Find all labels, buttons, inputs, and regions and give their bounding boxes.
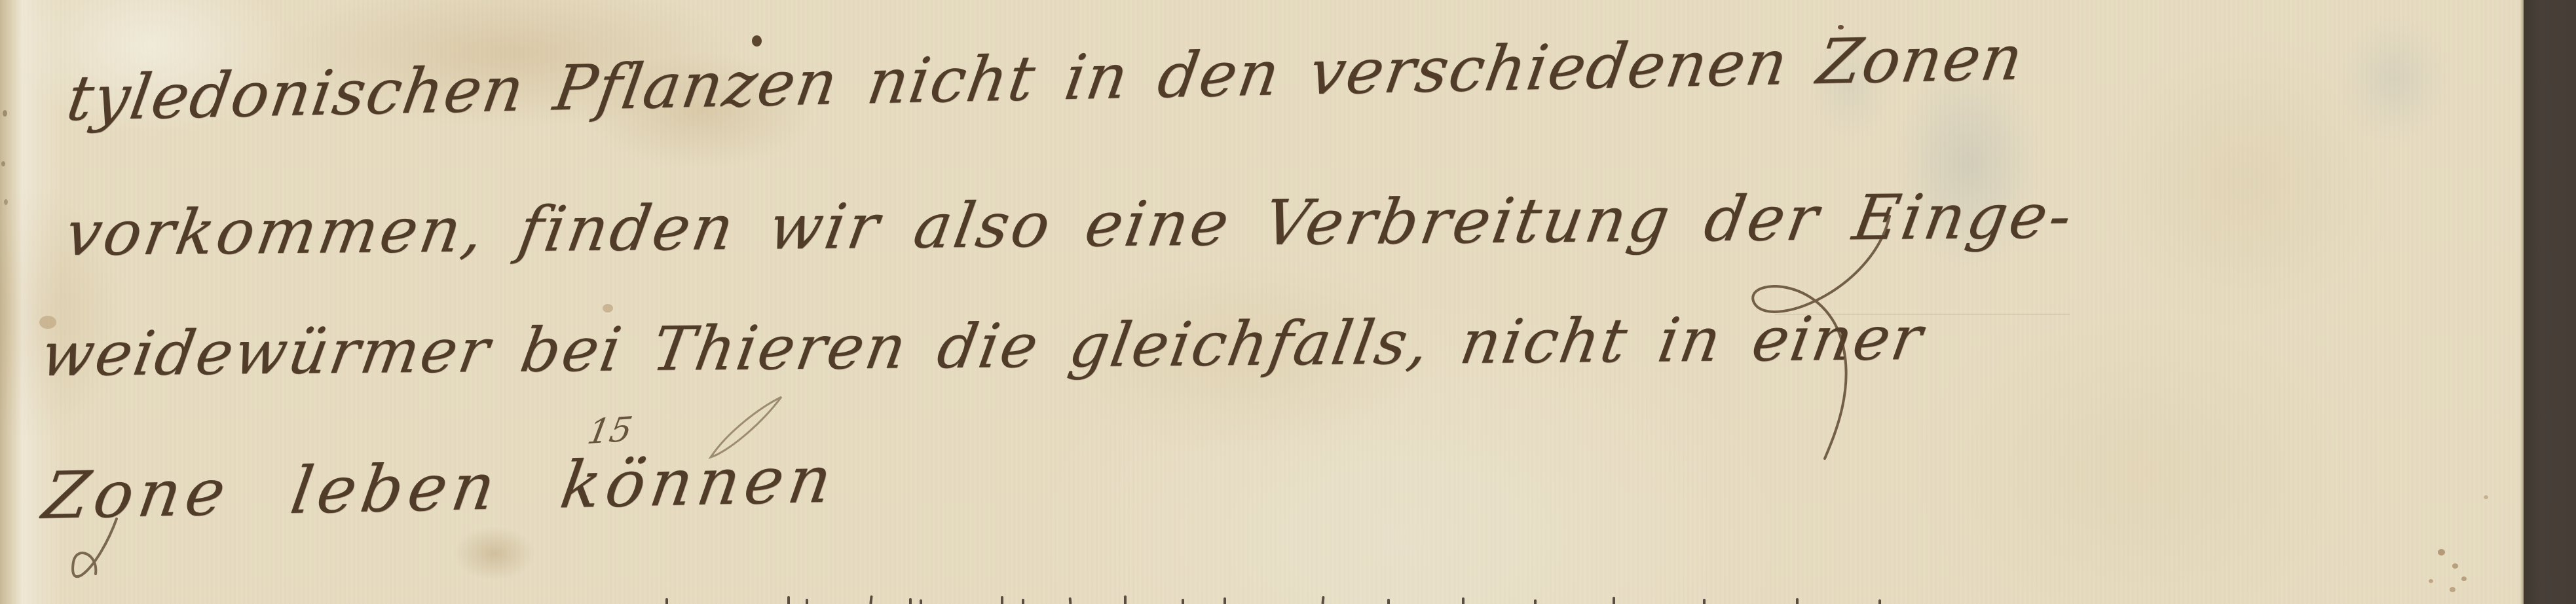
stain-spot (603, 304, 613, 312)
manuscript-scan: tyledonischen Pflanzen nicht in den vers… (0, 0, 2576, 604)
edge-speck (1, 161, 5, 166)
foxing-spot (2452, 563, 2458, 569)
foxing-spot (2484, 495, 2488, 499)
foxing-spot (2450, 587, 2455, 592)
edge-speck (4, 199, 8, 205)
ink-fleck (1838, 25, 1844, 29)
scan-backdrop (2524, 0, 2576, 604)
edge-speck (3, 110, 7, 117)
foxing-spot (2438, 549, 2445, 556)
stain-spot (39, 316, 56, 329)
marginal-number: 15 (584, 410, 635, 452)
ink-fleck (752, 35, 762, 47)
foxing-spot (2461, 576, 2467, 581)
foxing-spot (2429, 579, 2433, 583)
